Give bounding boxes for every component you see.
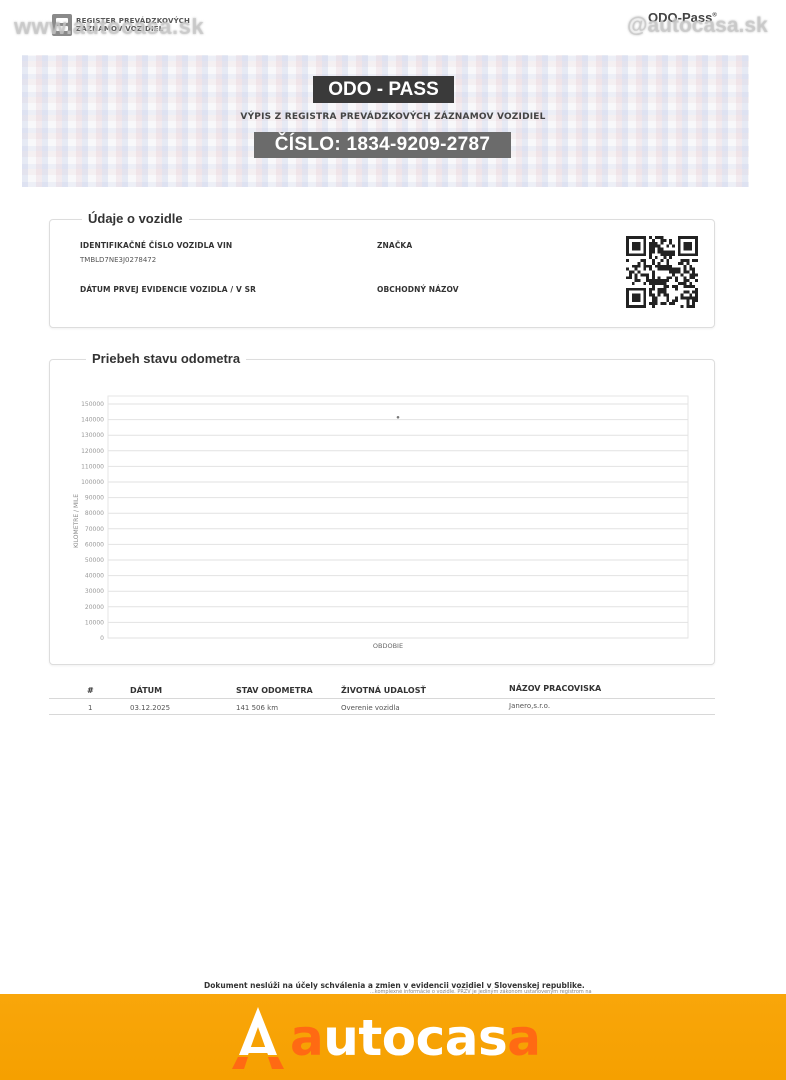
make-label: ZNAČKA	[377, 241, 412, 250]
svg-text:40000: 40000	[85, 573, 104, 580]
table-header-divider	[49, 698, 715, 699]
svg-text:70000: 70000	[85, 526, 104, 533]
svg-text:10000: 10000	[85, 619, 104, 626]
svg-text:90000: 90000	[85, 495, 104, 502]
col-header-workplace: NÁZOV PRACOVISKA	[509, 684, 601, 693]
svg-text:20000: 20000	[85, 604, 104, 611]
first-registration-label: DÁTUM PRVEJ EVIDENCIE VOZIDLA / V SR	[80, 285, 256, 294]
autocasa-a-icon	[230, 1005, 286, 1071]
svg-text:30000: 30000	[85, 588, 104, 595]
odometer-chart: 0100002000030000400005000060000700008000…	[60, 390, 700, 655]
vehicle-info-section	[49, 219, 715, 328]
cell-workplace: Janero,s.r.o.	[509, 702, 550, 710]
svg-text:80000: 80000	[85, 510, 104, 517]
vin-value: TMBLD7NE3J0278472	[80, 256, 156, 264]
cell-odometer: 141 506 km	[236, 704, 278, 712]
qr-code-icon	[626, 236, 698, 308]
document-header: REGISTER PREVÁDZKOVÝCH ZÁZNAMOV VOZIDIEL…	[0, 0, 786, 48]
col-header-event: ŽIVOTNÁ UDALOSŤ	[341, 686, 426, 695]
cell-event: Overenie vozidla	[341, 704, 400, 712]
svg-text:120000: 120000	[81, 448, 104, 455]
svg-text:150000: 150000	[81, 401, 104, 408]
table-row-divider	[49, 714, 715, 715]
svg-text:60000: 60000	[85, 541, 104, 548]
col-header-index: #	[87, 686, 94, 695]
cell-index: 1	[88, 704, 92, 712]
autocasa-logo: autocasa	[230, 1005, 541, 1071]
svg-text:50000: 50000	[85, 557, 104, 564]
vin-label: IDENTIFIKAČNÉ ČÍSLO VOZIDLA VIN	[80, 241, 232, 250]
model-label: OBCHODNÝ NÁZOV	[377, 285, 459, 294]
svg-text:KILOMETRE / MILE: KILOMETRE / MILE	[73, 494, 80, 548]
document-number: ČÍSLO: 1834-9209-2787	[254, 132, 511, 158]
svg-text:130000: 130000	[81, 432, 104, 439]
svg-text:100000: 100000	[81, 479, 104, 486]
banner-subtitle: VÝPIS Z REGISTRA PREVÁDZKOVÝCH ZÁZNAMOV …	[0, 112, 786, 122]
col-header-date: DÁTUM	[130, 686, 162, 695]
svg-text:OBDOBIE: OBDOBIE	[373, 642, 403, 650]
cell-date: 03.12.2025	[130, 704, 170, 712]
odometer-section-title: Priebeh stavu odometra	[86, 351, 246, 366]
col-header-odometer: STAV ODOMETRA	[236, 686, 313, 695]
autocasa-wordmark: autocasa	[290, 1013, 541, 1063]
watermark-right: @autocasa.sk	[627, 14, 768, 38]
banner-title: ODO - PASS	[313, 76, 454, 103]
watermark-left: www.autocasa.sk	[14, 14, 204, 40]
svg-text:0: 0	[100, 635, 104, 642]
vehicle-section-title: Údaje o vozidle	[82, 211, 189, 226]
svg-text:140000: 140000	[81, 417, 104, 424]
svg-text:110000: 110000	[81, 463, 104, 470]
